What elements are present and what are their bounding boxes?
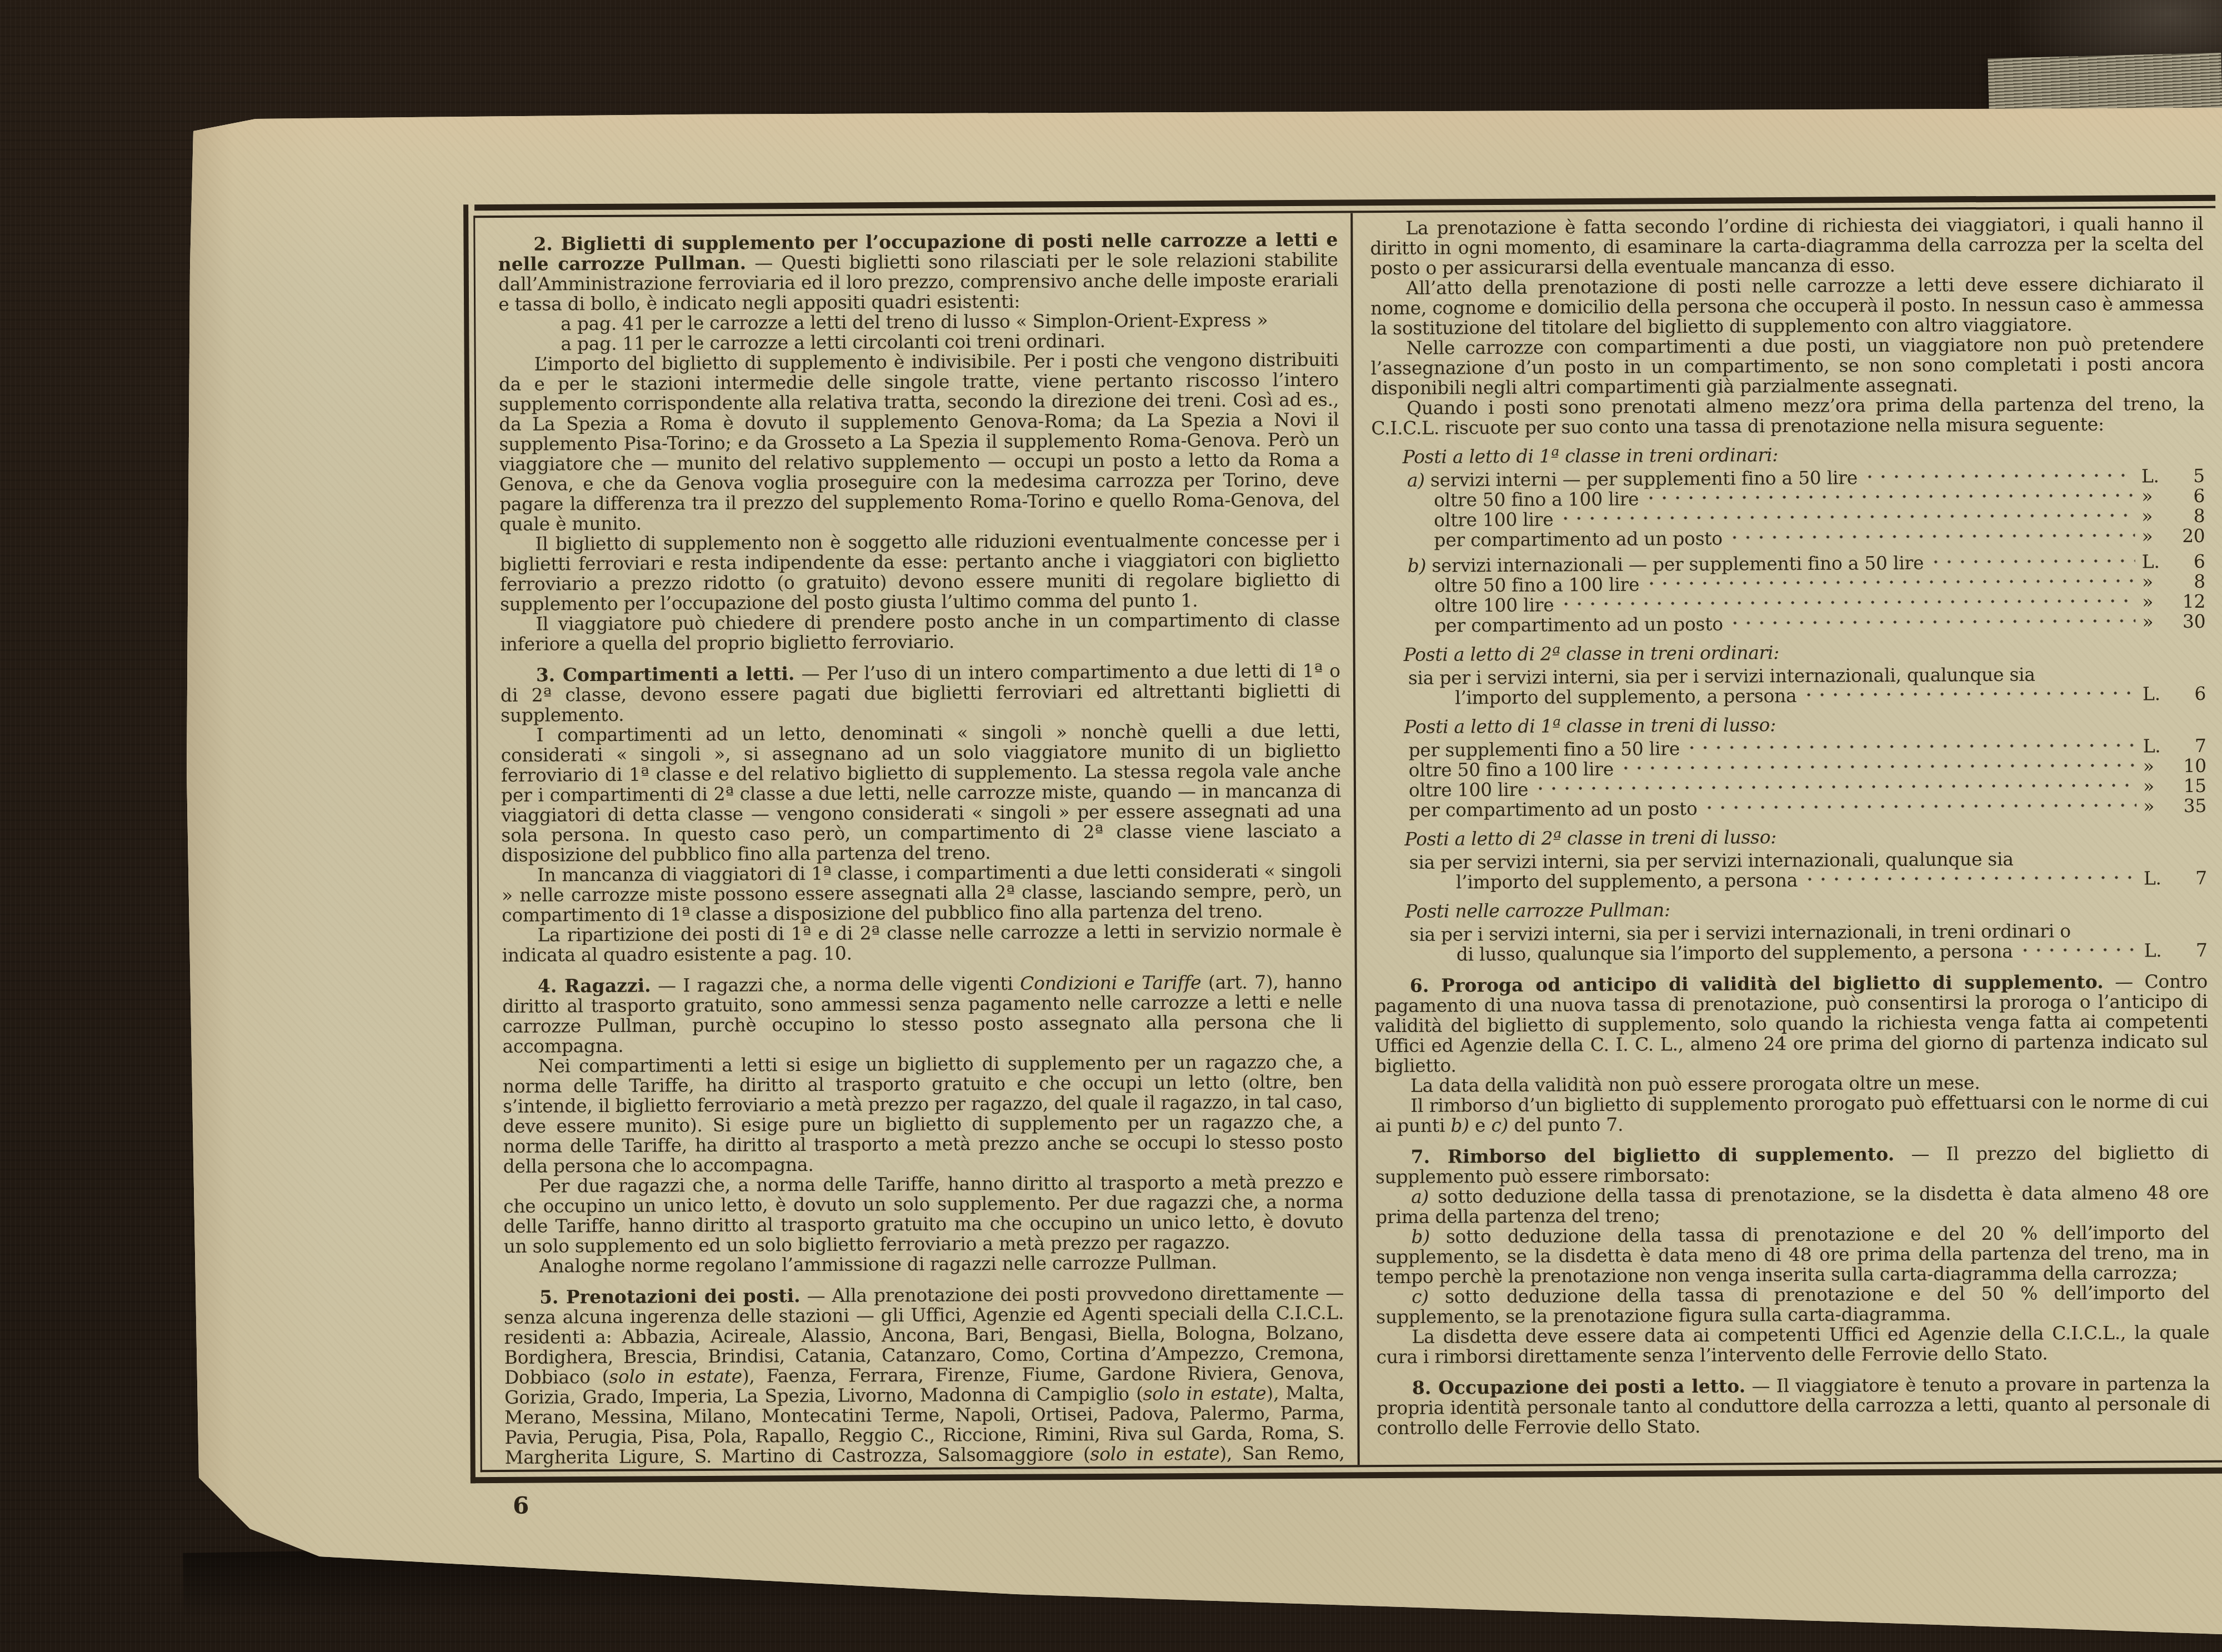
italic-text: solo in estate: [1143, 1382, 1267, 1404]
printed-sheet: 2. Biglietti di supplemento per l’occupa…: [0, 0, 2222, 1652]
section-paragraph: 5. Prenotazioni dei posti. — Alla prenot…: [504, 1283, 1345, 1469]
tariff-group-heading: Posti a letto di 1ª classe in treni ordi…: [1372, 443, 2205, 467]
italic-text: solo in estate: [1090, 1443, 1219, 1465]
paragraph: La ripartizione dei posti di 1ª e di 2ª …: [502, 921, 1342, 965]
tariff-value: 6: [2173, 552, 2205, 572]
dot-leader: [1645, 572, 2135, 595]
paragraph: Nelle carrozze con compartimenti a due p…: [1370, 334, 2204, 398]
tariff-currency: »: [2142, 612, 2173, 632]
section-heading: 3. Compartimenti a letti.: [536, 663, 795, 686]
italic-text: Condizioni e Tariffe: [1020, 972, 1201, 994]
dot-leader: [1534, 777, 2136, 800]
dot-leader: [1559, 507, 2135, 530]
tariff-value: 30: [2173, 612, 2205, 632]
italic-text: solo in estate: [609, 1365, 742, 1388]
italic-text: b): [1411, 1226, 1430, 1248]
italic-text: c): [1491, 1114, 1508, 1136]
italic-text: b): [1450, 1114, 1469, 1136]
section-paragraph: 8. Occupazione dei posti a letto. — Il v…: [1377, 1374, 2210, 1438]
dot-leader: [1729, 612, 2136, 634]
tariff-label: per compartimento ad un posto: [1409, 799, 1697, 820]
tariff-label: di lusso, qualunque sia l’importo del su…: [1457, 942, 2013, 965]
tariff-label: oltre 50 fino a 100 lire: [1434, 575, 1639, 596]
italic-text: a): [1411, 1186, 1429, 1208]
paragraph: Nei compartimenti a letti si esige un bi…: [503, 1052, 1343, 1177]
tariff-currency: L.: [2141, 466, 2173, 486]
dot-leader: [1559, 592, 2135, 615]
tariff-row: l’importo del supplemento, a personaL.7: [1374, 868, 2207, 893]
paragraph: Il viaggiatore può chiedere di prendere …: [500, 610, 1340, 654]
paragraph: c) sotto deduzione della tassa di prenot…: [1376, 1283, 2209, 1327]
dot-leader: [1685, 737, 2136, 759]
tariff-currency: L.: [2142, 552, 2173, 572]
tariff-value: 8: [2173, 506, 2205, 526]
dot-leader: [1619, 757, 2136, 779]
section-paragraph: 2. Biglietti di supplemento per l’occupa…: [498, 230, 1338, 314]
section-heading: 8. Occupazione dei posti a letto.: [1412, 1375, 1745, 1398]
column-divider-rule: [1350, 213, 1360, 1465]
tariff-label: per compartimento ad un posto: [1434, 614, 1723, 636]
tariff-row: per compartimento ad un posto»20: [1372, 526, 2205, 550]
paragraph: L’importo del biglietto di supplemento è…: [499, 350, 1340, 534]
tariff-currency: »: [2143, 796, 2174, 816]
italic-text: a): [1407, 469, 1425, 491]
italic-text: c): [1412, 1286, 1429, 1308]
tariff-value: 6: [2174, 684, 2206, 704]
tariff-value: 6: [2173, 486, 2205, 506]
paragraph: Analoghe norme regolano l’ammissione di …: [504, 1252, 1344, 1276]
tariff-currency: »: [2143, 756, 2174, 776]
tariff-value: 10: [2174, 756, 2206, 776]
tariff-currency: L.: [2144, 868, 2175, 888]
page-number: 6: [513, 1492, 529, 1519]
dot-leader: [1728, 527, 2135, 549]
section-paragraph: 4. Ragazzi. — I ragazzi che, a norma del…: [502, 972, 1343, 1057]
section-heading: 5. Prenotazioni dei posti.: [539, 1285, 800, 1308]
paragraph: a) sotto deduzione della tassa di prenot…: [1375, 1183, 2209, 1227]
italic-text: b): [1408, 555, 1427, 577]
frame-rule-left-thick: [463, 204, 476, 1483]
section-heading: 7. Rimborso del biglietto di supplemento…: [1411, 1143, 1895, 1168]
tariff-currency: »: [2141, 506, 2173, 526]
dot-leader: [1802, 684, 2136, 706]
paragraph: In mancanza di viaggiatori di 1ª classe,…: [502, 861, 1342, 925]
tariff-value: 12: [2173, 592, 2205, 612]
tariff-label: oltre 50 fino a 100 lire: [1434, 489, 1639, 510]
section-heading: 6. Proroga od anticipo di validità del b…: [1410, 971, 2104, 997]
tariff-group-heading: Posti a letto di 2ª classe in treni ordi…: [1373, 640, 2206, 665]
dot-leader: [1863, 467, 2135, 488]
tariff-currency: L.: [2143, 684, 2174, 704]
tariff-currency: »: [2141, 526, 2173, 546]
tariff-row: l’importo del supplemento, a personaL.6: [1373, 684, 2206, 708]
tariff-value: 20: [2173, 526, 2205, 546]
dot-leader: [1644, 487, 2135, 509]
tariff-value: 7: [2175, 940, 2208, 960]
tariff-currency: »: [2141, 486, 2173, 506]
tariff-label: l’importo del supplemento, a persona: [1456, 870, 1798, 892]
tariff-currency: »: [2143, 776, 2174, 796]
tariff-group-heading: Posti nelle carrozze Pullman:: [1374, 897, 2207, 922]
paragraph: All’atto della prenotazione di posti nel…: [1370, 274, 2204, 338]
column-left: 2. Biglietti di supplemento per l’occupa…: [498, 219, 1344, 1469]
tariff-label: per supplementi fino a 50 lire: [1409, 739, 1680, 760]
paragraph: b) sotto deduzione della tassa di prenot…: [1375, 1223, 2209, 1287]
paragraph: Quando i posti sono prenotati almeno mez…: [1371, 394, 2204, 438]
tariff-label: l’importo del supplemento, a persona: [1455, 686, 1796, 708]
frame-rule-left-thin: [473, 216, 482, 1472]
paragraph: La disdetta deve essere data ai competen…: [1376, 1323, 2209, 1367]
tariff-value: 7: [2174, 736, 2206, 756]
tariff-currency: L.: [2143, 736, 2174, 756]
tariff-value: 8: [2173, 572, 2205, 592]
section-heading: 2. Biglietti di supplemento per l’occupa…: [498, 229, 1338, 275]
tariff-label: oltre 50 fino a 100 lire: [1409, 759, 1614, 780]
paragraph: Per due ragazzi che, a norma delle Tarif…: [503, 1172, 1344, 1256]
tariff-value: 7: [2175, 868, 2207, 888]
tariff-row: per compartimento ad un posto»30: [1372, 612, 2205, 636]
section-paragraph: 7. Rimborso del biglietto di supplemento…: [1375, 1143, 2209, 1187]
tariff-label: a) servizi interni — per supplementi fin…: [1407, 468, 1858, 490]
section-paragraph: 6. Proroga od anticipo di validità del b…: [1374, 972, 2208, 1076]
tariff-label: b) servizi internazionali — per suppleme…: [1408, 553, 1924, 576]
dot-leader: [1929, 552, 2135, 573]
tariff-currency: L.: [2144, 940, 2175, 960]
paragraph: I compartimenti ad un letto, denominati …: [501, 721, 1341, 865]
scanned-book-photo: 2. Biglietti di supplemento per l’occupa…: [0, 0, 2222, 1652]
tariff-value: 5: [2173, 466, 2205, 486]
dot-leader: [2018, 941, 2137, 962]
dot-leader: [1703, 797, 2136, 819]
tariff-currency: »: [2142, 592, 2173, 612]
tariff-label: per compartimento ad un posto: [1434, 529, 1722, 550]
paragraph: La prenotazione è fatta secondo l’ordine…: [1370, 214, 2204, 278]
tariff-label: oltre 100 lire: [1434, 595, 1554, 615]
column-right: La prenotazione è fatta secondo l’ordine…: [1370, 214, 2210, 1464]
tariff-group-heading: Posti a letto di 2ª classe in treni di l…: [1373, 825, 2206, 849]
tariff-label: oltre 100 lire: [1434, 509, 1553, 530]
tariff-currency: »: [2142, 572, 2173, 592]
tariff-group-heading: Posti a letto di 1ª classe in treni di l…: [1373, 713, 2206, 737]
paragraph: Il biglietto di supplemento non è sogget…: [499, 530, 1340, 614]
tariff-label: oltre 100 lire: [1409, 780, 1528, 800]
dot-leader: [1803, 869, 2137, 890]
tariff-value: 35: [2174, 796, 2206, 816]
tariff-row: di lusso, qualunque sia l’importo del su…: [1374, 940, 2208, 965]
paragraph: Il rimborso d’un biglietto di supplement…: [1375, 1092, 2208, 1136]
section-paragraph: 3. Compartimenti a letti. — Per l’uso di…: [501, 661, 1341, 725]
section-heading: 4. Ragazzi.: [538, 974, 651, 997]
tariff-value: 15: [2174, 776, 2206, 796]
tariff-row: per compartimento ad un posto»35: [1373, 796, 2206, 820]
